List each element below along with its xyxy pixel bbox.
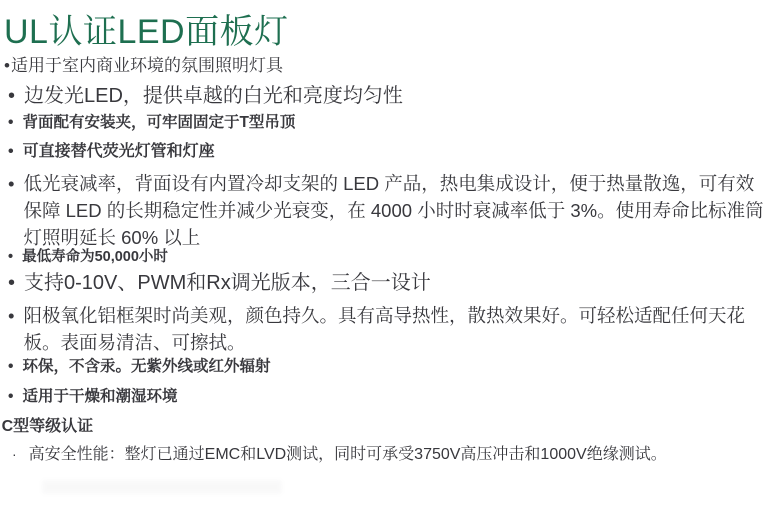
bullet-item-edge-lit: • 边发光LED，提供卓越的白光和亮度均匀性 (0, 84, 767, 108)
bullet-text: 适用于干燥和潮湿环境 (22, 387, 767, 407)
bullet-icon: • (8, 302, 14, 329)
bullet-text: 支持0-10V、PWM和Rx调光版本，三合一设计 (24, 271, 767, 295)
faint-ghost-artifact (42, 480, 282, 494)
bullet-text: 低光衰减率，背面设有内置冷却支架的 LED 产品，热电集成设计，便于热量散逸，可… (23, 170, 766, 251)
bullet-text: C型等级认证 (2, 416, 760, 437)
page-title: UL认证LED面板灯 (4, 4, 289, 53)
bullet-item-high-safety: · 高安全性能：整灯已通过EMC和LVD测试，同时可承受3750V高压冲击和10… (0, 444, 767, 465)
bullet-item-dimming-versions: • 支持0-10V、PWM和Rx调光版本，三合一设计 (0, 271, 767, 295)
bullet-text: 环保，不含汞。无紫外线或红外辐射 (22, 357, 767, 377)
bullet-text: 边发光LED，提供卓越的白光和亮度均匀性 (24, 84, 767, 108)
bullet-item-dry-damp-environments: • 适用于干燥和潮湿环境 (0, 387, 767, 407)
bullet-item-fluorescent-replacement: • 可直接替代荧光灯管和灯座 (0, 142, 767, 162)
bullet-text: 可直接替代荧光灯管和灯座 (23, 142, 767, 162)
bullet-item-lifespan: • 最低寿命为50,000小时 (0, 248, 767, 266)
bullet-item-mounting-clips: • 背面配有安装夹，可牢固固定于T型吊顶 (0, 113, 767, 133)
bullet-item-class-c-certification: • C型等级认证 (0, 416, 760, 437)
bullet-text: 适用于室内商业环境的氛围照明灯具 (11, 55, 767, 76)
bullet-icon: • (8, 271, 15, 295)
bullet-icon: • (8, 142, 14, 162)
bullet-icon: • (8, 387, 13, 407)
bullet-text: 背面配有安装夹，可牢固固定于T型吊顶 (22, 113, 767, 133)
bullet-icon: • (8, 170, 14, 197)
bullet-icon: • (8, 113, 13, 133)
bullet-icon: · (12, 444, 17, 465)
bullet-text: 高安全性能：整灯已通过EMC和LVD测试，同时可承受3750V高压冲击和1000… (29, 444, 767, 465)
bullet-item-eco-friendly: • 环保，不含汞。无紫外线或红外辐射 (0, 357, 767, 377)
bullet-icon: • (8, 84, 15, 108)
bullet-item-indoor-ambient: • 适用于室内商业环境的氛围照明灯具 (0, 55, 767, 76)
bullet-icon: • (8, 357, 13, 377)
bullet-item-anodized-frame: • 阳极氧化铝框架时尚美观，颜色持久。具有高导热性，散热效果好。可轻松适配任何天… (0, 302, 766, 356)
product-description-panel: UL认证LED面板灯 • 适用于室内商业环境的氛围照明灯具 • 边发光LED，提… (0, 0, 767, 511)
bullet-text: 最低寿命为50,000小时 (22, 248, 767, 266)
bullet-icon: • (8, 248, 13, 266)
bullet-text: 阳极氧化铝框架时尚美观，颜色持久。具有高导热性，散热效果好。可轻松适配任何天花板… (23, 302, 766, 356)
bullet-item-low-lumen-decay: • 低光衰减率，背面设有内置冷却支架的 LED 产品，热电集成设计，便于热量散逸… (0, 170, 766, 251)
bullet-icon: • (4, 55, 10, 76)
